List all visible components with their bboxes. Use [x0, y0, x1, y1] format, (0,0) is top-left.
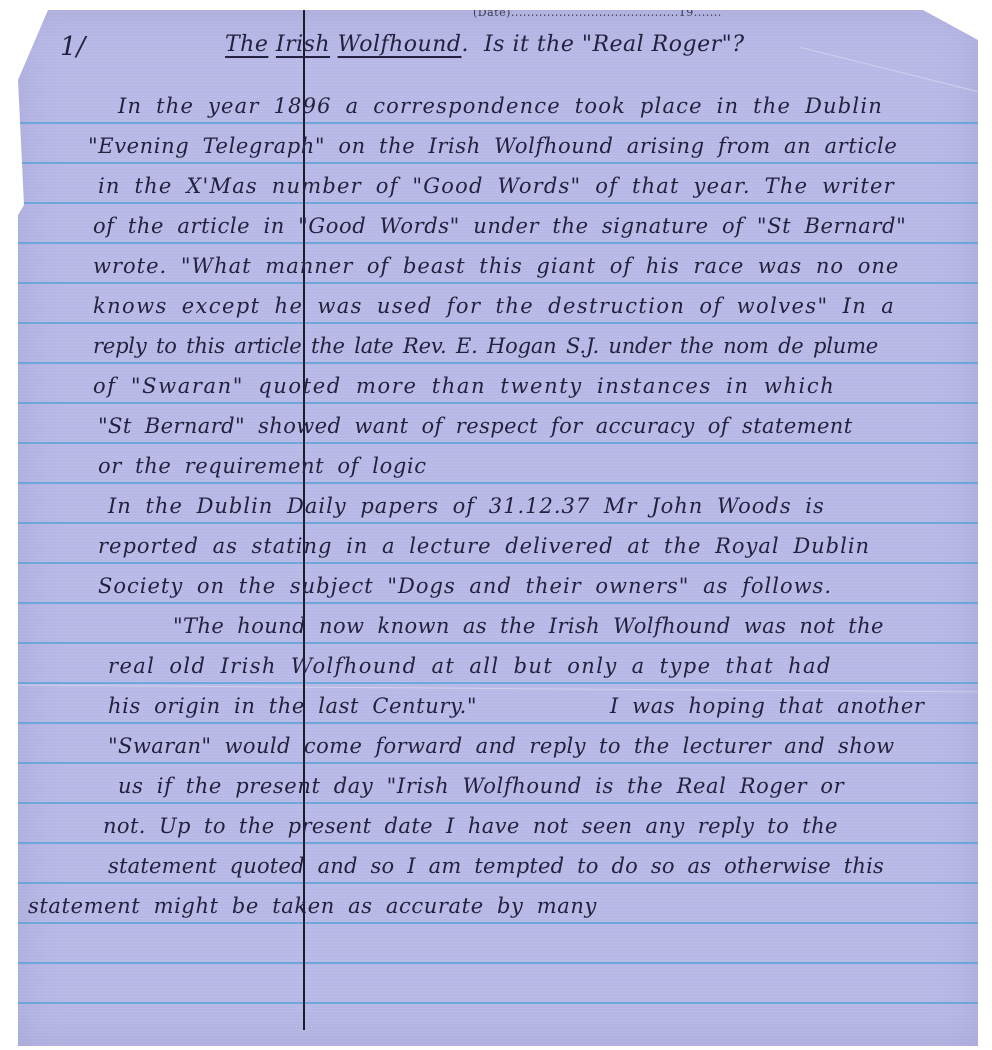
title-word-irish: Irish	[276, 32, 330, 57]
text-line: "Evening Telegraph" on the Irish Wolfhou…	[88, 134, 897, 158]
text-line: real old Irish Wolfhound at all but only…	[108, 654, 832, 678]
rule-line	[18, 922, 978, 924]
rule-line	[18, 882, 978, 884]
text-line: not. Up to the present date I have not s…	[103, 814, 838, 838]
rule-line	[18, 402, 978, 404]
text-line: us if the present day "Irish Wolfhound i…	[118, 774, 844, 798]
rule-line	[18, 522, 978, 524]
text-line: In the Dublin Daily papers of 31.12.37 M…	[108, 494, 825, 518]
rule-line	[18, 682, 978, 684]
text-line: his origin in the last Century." I was h…	[108, 694, 925, 718]
rule-line	[18, 122, 978, 124]
text-line: wrote. "What manner of beast this giant …	[93, 254, 899, 278]
title-period: .	[461, 32, 469, 57]
printed-date-header: (Date)..................................…	[473, 6, 722, 19]
fold-crease	[801, 47, 986, 94]
rule-line	[18, 482, 978, 484]
rule-line	[18, 762, 978, 764]
text-line: knows except he was used for the destruc…	[93, 294, 895, 318]
rule-line	[18, 362, 978, 364]
text-line: of "Swaran" quoted more than twenty inst…	[93, 374, 835, 398]
text-line: in the X'Mas number of "Good Words" of t…	[98, 174, 895, 198]
rule-line	[18, 602, 978, 604]
rule-line	[18, 202, 978, 204]
rule-line	[18, 1002, 978, 1004]
text-line: statement might be taken as accurate by …	[28, 894, 597, 918]
rule-line	[18, 962, 978, 964]
fold-crease	[18, 685, 978, 693]
text-line: of the article in "Good Words" under the…	[93, 214, 906, 238]
page-number: 1/	[60, 32, 85, 62]
rule-line	[18, 722, 978, 724]
rule-line	[18, 642, 978, 644]
letter-page: (Date)..................................…	[18, 10, 978, 1046]
title-word-the: The	[225, 32, 268, 57]
rule-line	[18, 282, 978, 284]
text-line: reported as stating in a lecture deliver…	[98, 534, 870, 558]
rule-line	[18, 242, 978, 244]
rule-line	[18, 842, 978, 844]
title-question: Is it the "Real Roger"?	[484, 32, 745, 57]
text-line: "Swaran" would come forward and reply to…	[108, 734, 895, 758]
text-line: "St Bernard" showed want of respect for …	[98, 414, 853, 438]
rule-line	[18, 802, 978, 804]
rule-line	[18, 442, 978, 444]
letter-title: The Irish Wolfhound. Is it the "Real Rog…	[225, 32, 745, 57]
rule-line	[18, 562, 978, 564]
text-line: "The hound now known as the Irish Wolfho…	[173, 614, 884, 638]
text-line: statement quoted and so I am tempted to …	[108, 854, 884, 878]
title-word-wolfhound: Wolfhound	[338, 32, 462, 57]
text-line: In the year 1896 a correspondence took p…	[118, 94, 883, 118]
rule-line	[18, 162, 978, 164]
text-line: reply to this article the late Rev. E. H…	[93, 334, 878, 358]
text-line: Society on the subject "Dogs and their o…	[98, 574, 832, 598]
text-line: or the requirement of logic	[98, 454, 427, 478]
rule-line	[18, 322, 978, 324]
